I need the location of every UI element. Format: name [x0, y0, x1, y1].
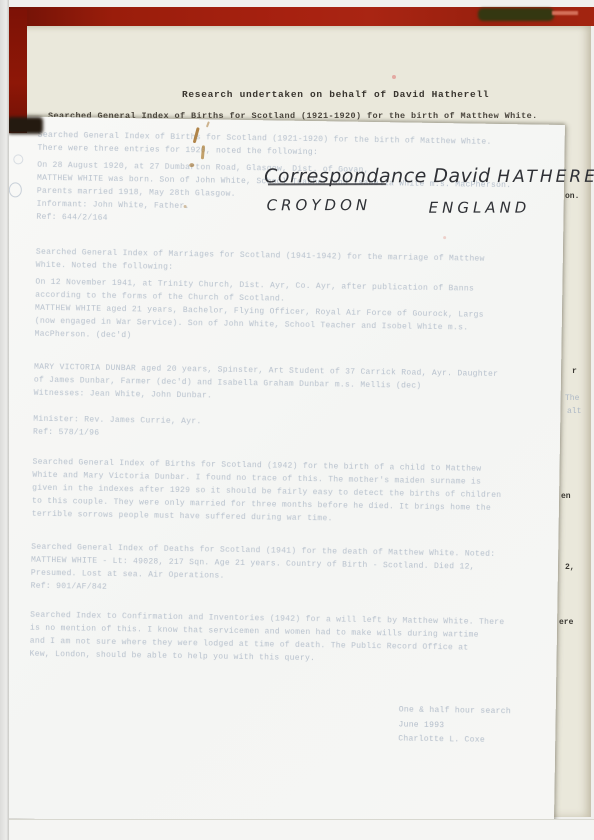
signoff-name: Charlotte L. Coxe	[398, 732, 510, 748]
edge-fragment: alt	[567, 407, 581, 416]
handwritten-city: CROYDON	[267, 196, 371, 214]
edge-fragment: ere	[559, 618, 573, 627]
faded-paragraph: Searched General Index of Births for Sco…	[32, 456, 535, 529]
faded-paragraph: Searched General Index of Deaths for Sco…	[31, 541, 534, 601]
edge-fragment: on.	[565, 192, 579, 201]
ink-smudge	[189, 163, 194, 167]
folder-corner-shadow	[7, 117, 43, 134]
scan-bottom-band	[0, 819, 594, 840]
report-page: Searched General Index of Births for Sco…	[0, 116, 565, 827]
faded-paragraph: On 12 November 1941, at Trinity Church, …	[34, 276, 537, 349]
faded-paragraph: Searched General Index of Marriages for …	[36, 246, 538, 280]
pink-speck	[443, 236, 446, 239]
faded-paragraph: MARY VICTORIA DUNBAR aged 20 years, Spin…	[33, 361, 536, 447]
handwritten-word: David	[433, 165, 490, 187]
dark-mark-on-folder	[478, 8, 554, 21]
red-folder-left-edge	[8, 9, 27, 133]
handwritten-surname: HATHERELL	[497, 167, 594, 187]
signoff-duration: One & half hour search	[399, 703, 511, 719]
faded-paragraph: Searched General Index of Births for Sco…	[37, 129, 539, 163]
folder-highlight	[552, 11, 578, 15]
pink-speck	[392, 75, 396, 79]
page-title: Research undertaken on behalf of David H…	[182, 89, 489, 101]
edge-fragment: en	[561, 492, 571, 501]
faded-paragraph: Searched Index to Confirmation and Inven…	[29, 609, 532, 669]
edge-fragment: 2,	[565, 563, 575, 572]
ink-smudge	[206, 121, 210, 127]
pencil-circle-mark	[9, 182, 22, 197]
scan-left-edge	[0, 0, 9, 840]
edge-fragment: The	[565, 394, 579, 403]
ink-smudge	[184, 205, 187, 208]
handwritten-country: ENGLAND	[429, 199, 531, 217]
edge-fragment: r	[572, 367, 577, 376]
handwriting-flourish-line	[268, 183, 386, 185]
document-scan: Research undertaken on behalf of David H…	[0, 0, 594, 840]
signoff-block: One & half hour search June 1993 Charlot…	[398, 703, 511, 748]
pencil-circle-mark	[13, 154, 23, 164]
